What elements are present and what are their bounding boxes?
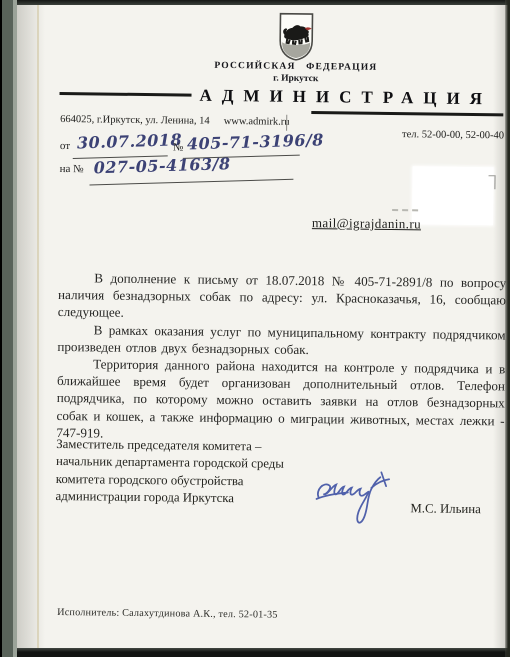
ref-from-label: от [60,140,70,152]
header-divider-tick [286,115,288,131]
scan-artifact-dashes [392,209,418,211]
website-text: www.admirk.ru [224,116,290,128]
executor-line: Исполнитель: Салахутдинова А.К., тел. 52… [57,607,278,621]
ref-reply-label: на № [60,163,84,175]
scan-border-bottom [0,648,510,657]
scanned-letter: РОССИЙСКАЯ ФЕДЕРАЦИЯ г. Иркутск АДМИНИСТ… [0,0,510,657]
address-line: 664025, г.Иркутск, ул. Ленина, 14www.adm… [60,114,289,128]
header-rule-right [311,111,503,117]
postal-address: 664025, г.Иркутск, ул. Ленина, 14 [60,114,210,127]
letter-body: В дополнение к письму от 18.07.2018 № 40… [56,269,506,446]
body-paragraph: Территория данного района находится на к… [56,355,505,446]
body-paragraph: В дополнение к письму от 18.07.2018 № 40… [58,269,507,326]
country-name: РОССИЙСКАЯ ФЕДЕРАЦИЯ [171,60,421,73]
signee-title-block: Заместитель председателя комитета – нача… [55,436,336,509]
ref-date-handwriting: 30.07.2018 [77,130,183,152]
letter-content: РОССИЙСКАЯ ФЕДЕРАЦИЯ г. Иркутск АДМИНИСТ… [0,0,510,657]
ref-number-label: № [173,141,184,153]
ref-reply-handwriting: 027-05-4163/8 [93,154,230,177]
signee-name: М.С. Ильина [410,501,481,517]
scan-border-top [0,0,510,5]
redaction-box [412,166,494,225]
scan-border-right [505,0,510,657]
scan-border-left [0,0,17,657]
header-rule-left [59,92,191,97]
irkutsk-coat-of-arms-icon [277,12,316,62]
scan-artifact-bracket [488,175,495,189]
phone-line: тел. 52-00-00, 52-00-40 [322,128,504,141]
signee-title-line: администрации города Иркутска [55,488,335,509]
city-name: г. Иркутск [171,72,421,85]
email-address: mail@igrajdanin.ru [312,215,421,232]
signature-ink-icon [312,446,401,535]
administration-title: АДМИНИСТРАЦИЯ [199,86,492,110]
ref-underline-reply [89,179,293,186]
body-paragraph: В рамках оказания услуг по муниципальном… [57,321,505,361]
ref-number-handwriting: 405-71-3196/8 [187,130,324,153]
